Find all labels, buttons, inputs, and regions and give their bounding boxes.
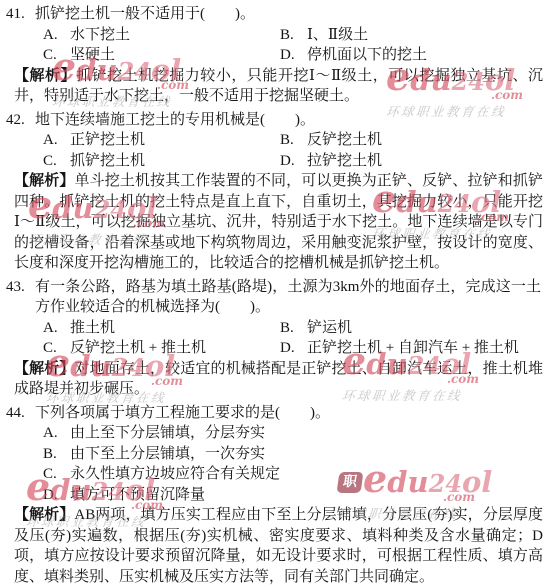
option-label: B. bbox=[280, 318, 307, 339]
analysis-paragraph: 【解析】AB两项，填方压实工程应由下至上分层铺填，分层压(夯)实，分层厚度及压(… bbox=[14, 505, 543, 586]
question-stem: 有一条公路，路基为填土路基(路堤)，土源为3km外的地面存土，完成这一土方作业较… bbox=[35, 277, 541, 318]
option-label: C. bbox=[43, 338, 70, 359]
analysis-paragraph: 【解析】单斗挖土机按其工作装置的不同，可以更换为正铲、反铲、拉铲和抓铲四种。抓铲… bbox=[14, 171, 543, 274]
question-number: 43. bbox=[6, 277, 25, 298]
option-text: 由下至上分层铺填，一次夯实 bbox=[70, 446, 265, 462]
option-d: D.拉铲挖土机 bbox=[280, 151, 543, 172]
option-d: D.停机面以下的挖土 bbox=[280, 45, 543, 66]
question-number: 44. bbox=[6, 403, 25, 424]
option-text: 铲运机 bbox=[307, 320, 352, 336]
options-grid: A.正铲挖土机 B.反铲挖土机 C.抓铲挖土机 D.拉铲挖土机 bbox=[43, 130, 543, 171]
option-label: A. bbox=[43, 423, 70, 444]
option-label: B. bbox=[280, 25, 307, 46]
question-stem: 抓铲挖土机一般不适用于( )。 bbox=[35, 4, 541, 25]
analysis-label: 【解析】 bbox=[14, 507, 74, 523]
option-text: 停机面以下的挖土 bbox=[307, 47, 427, 63]
option-b: B.反铲挖土机 bbox=[280, 130, 543, 151]
options-list: A.由上至下分层铺填，分层夯实 B.由下至上分层铺填，一次夯实 C.永久性填方边… bbox=[43, 423, 543, 505]
option-b: B.Ⅰ、Ⅱ级土 bbox=[280, 25, 543, 46]
option-text: 水下挖土 bbox=[70, 27, 130, 43]
option-text: 由上至下分层铺填，分层夯实 bbox=[70, 425, 265, 441]
option-d: D.填方可不预留沉降量 bbox=[43, 485, 543, 506]
exam-page: 41. 抓铲挖土机一般不适用于( )。 A.水下挖土 B.Ⅰ、Ⅱ级土 C.坚硬土… bbox=[0, 0, 547, 586]
option-text: 正铲挖土机 bbox=[70, 132, 145, 148]
analysis-text: AB两项，填方压实工程应由下至上分层铺填，分层压(夯)实，分层厚度及压(夯)实遍… bbox=[14, 507, 543, 585]
option-label: D. bbox=[280, 45, 307, 66]
question-number: 42. bbox=[6, 110, 25, 131]
option-a: A.水下挖土 bbox=[43, 25, 280, 46]
option-text: 永久性填方边坡应符合有关规定 bbox=[70, 466, 280, 482]
option-label: B. bbox=[43, 444, 70, 465]
analysis-label: 【解析】 bbox=[14, 173, 74, 189]
option-c: C.反铲挖土机 + 推土机 bbox=[43, 338, 280, 359]
option-label: A. bbox=[43, 318, 70, 339]
options-grid: A.水下挖土 B.Ⅰ、Ⅱ级土 C.坚硬土 D.停机面以下的挖土 bbox=[43, 25, 543, 66]
option-label: D. bbox=[280, 151, 307, 172]
analysis-text: 单斗挖土机按其工作装置的不同，可以更换为正铲、反铲、拉铲和抓铲四种。抓铲挖土机的… bbox=[14, 173, 543, 271]
option-label: C. bbox=[43, 464, 70, 485]
analysis-paragraph: 【解析】对地面存土，较适宜的机械搭配是正铲挖土、自卸汽车运土，推土机堆成路堤并初… bbox=[14, 359, 543, 400]
option-text: 填方可不预留沉降量 bbox=[70, 487, 205, 503]
analysis-paragraph: 【解析】抓铲挖土机挖掘力较小，只能开挖Ⅰ～Ⅱ级土，可以挖掘独立基坑、沉井，特别适… bbox=[14, 66, 543, 107]
option-b: B.由下至上分层铺填，一次夯实 bbox=[43, 444, 543, 465]
option-c: C.坚硬土 bbox=[43, 45, 280, 66]
analysis-label: 【解析】 bbox=[14, 361, 74, 377]
option-c: C.抓铲挖土机 bbox=[43, 151, 280, 172]
option-text: Ⅰ、Ⅱ级土 bbox=[307, 27, 368, 43]
option-a: A.由上至下分层铺填，分层夯实 bbox=[43, 423, 543, 444]
option-text: 抓铲挖土机 bbox=[70, 153, 145, 169]
option-label: A. bbox=[43, 130, 70, 151]
option-text: 拉铲挖土机 bbox=[307, 153, 382, 169]
exam-content: 41. 抓铲挖土机一般不适用于( )。 A.水下挖土 B.Ⅰ、Ⅱ级土 C.坚硬土… bbox=[0, 4, 547, 586]
option-text: 反铲挖土机 bbox=[307, 132, 382, 148]
option-text: 反铲挖土机 + 推土机 bbox=[70, 340, 206, 356]
option-text: 推土机 bbox=[70, 320, 115, 336]
option-label: D. bbox=[43, 485, 70, 506]
analysis-label: 【解析】 bbox=[14, 68, 76, 84]
question-stem: 下列各项属于填方工程施工要求的是( )。 bbox=[35, 403, 541, 424]
option-label: D. bbox=[280, 338, 307, 359]
analysis-text: 对地面存土，较适宜的机械搭配是正铲挖土、自卸汽车运土，推土机堆成路堤并初步碾压。 bbox=[14, 361, 543, 398]
option-c: C.永久性填方边坡应符合有关规定 bbox=[43, 464, 543, 485]
option-d: D.正铲挖土机 + 自卸汽车 + 推土机 bbox=[280, 338, 543, 359]
option-text: 坚硬土 bbox=[70, 47, 115, 63]
question-41: 41. 抓铲挖土机一般不适用于( )。 A.水下挖土 B.Ⅰ、Ⅱ级土 C.坚硬土… bbox=[0, 4, 547, 107]
option-label: C. bbox=[43, 151, 70, 172]
option-label: B. bbox=[280, 130, 307, 151]
question-number: 41. bbox=[6, 4, 25, 25]
option-label: C. bbox=[43, 45, 70, 66]
option-text: 正铲挖土机 + 自卸汽车 + 推土机 bbox=[307, 340, 519, 356]
question-43: 43. 有一条公路，路基为填土路基(路堤)，土源为3km外的地面存土，完成这一土… bbox=[0, 277, 547, 400]
option-a: A.正铲挖土机 bbox=[43, 130, 280, 151]
question-42: 42. 地下连续墙施工挖土的专用机械是( )。 A.正铲挖土机 B.反铲挖土机 … bbox=[0, 110, 547, 274]
question-stem: 地下连续墙施工挖土的专用机械是( )。 bbox=[35, 110, 541, 131]
options-grid: A.推土机 B.铲运机 C.反铲挖土机 + 推土机 D.正铲挖土机 + 自卸汽车… bbox=[43, 318, 543, 359]
option-b: B.铲运机 bbox=[280, 318, 543, 339]
option-label: A. bbox=[43, 25, 70, 46]
option-a: A.推土机 bbox=[43, 318, 280, 339]
analysis-text: 抓铲挖土机挖掘力较小，只能开挖Ⅰ～Ⅱ级土，可以挖掘独立基坑、沉井，特别适于水下挖… bbox=[14, 68, 543, 105]
question-44: 44. 下列各项属于填方工程施工要求的是( )。 A.由上至下分层铺填，分层夯实… bbox=[0, 403, 547, 586]
